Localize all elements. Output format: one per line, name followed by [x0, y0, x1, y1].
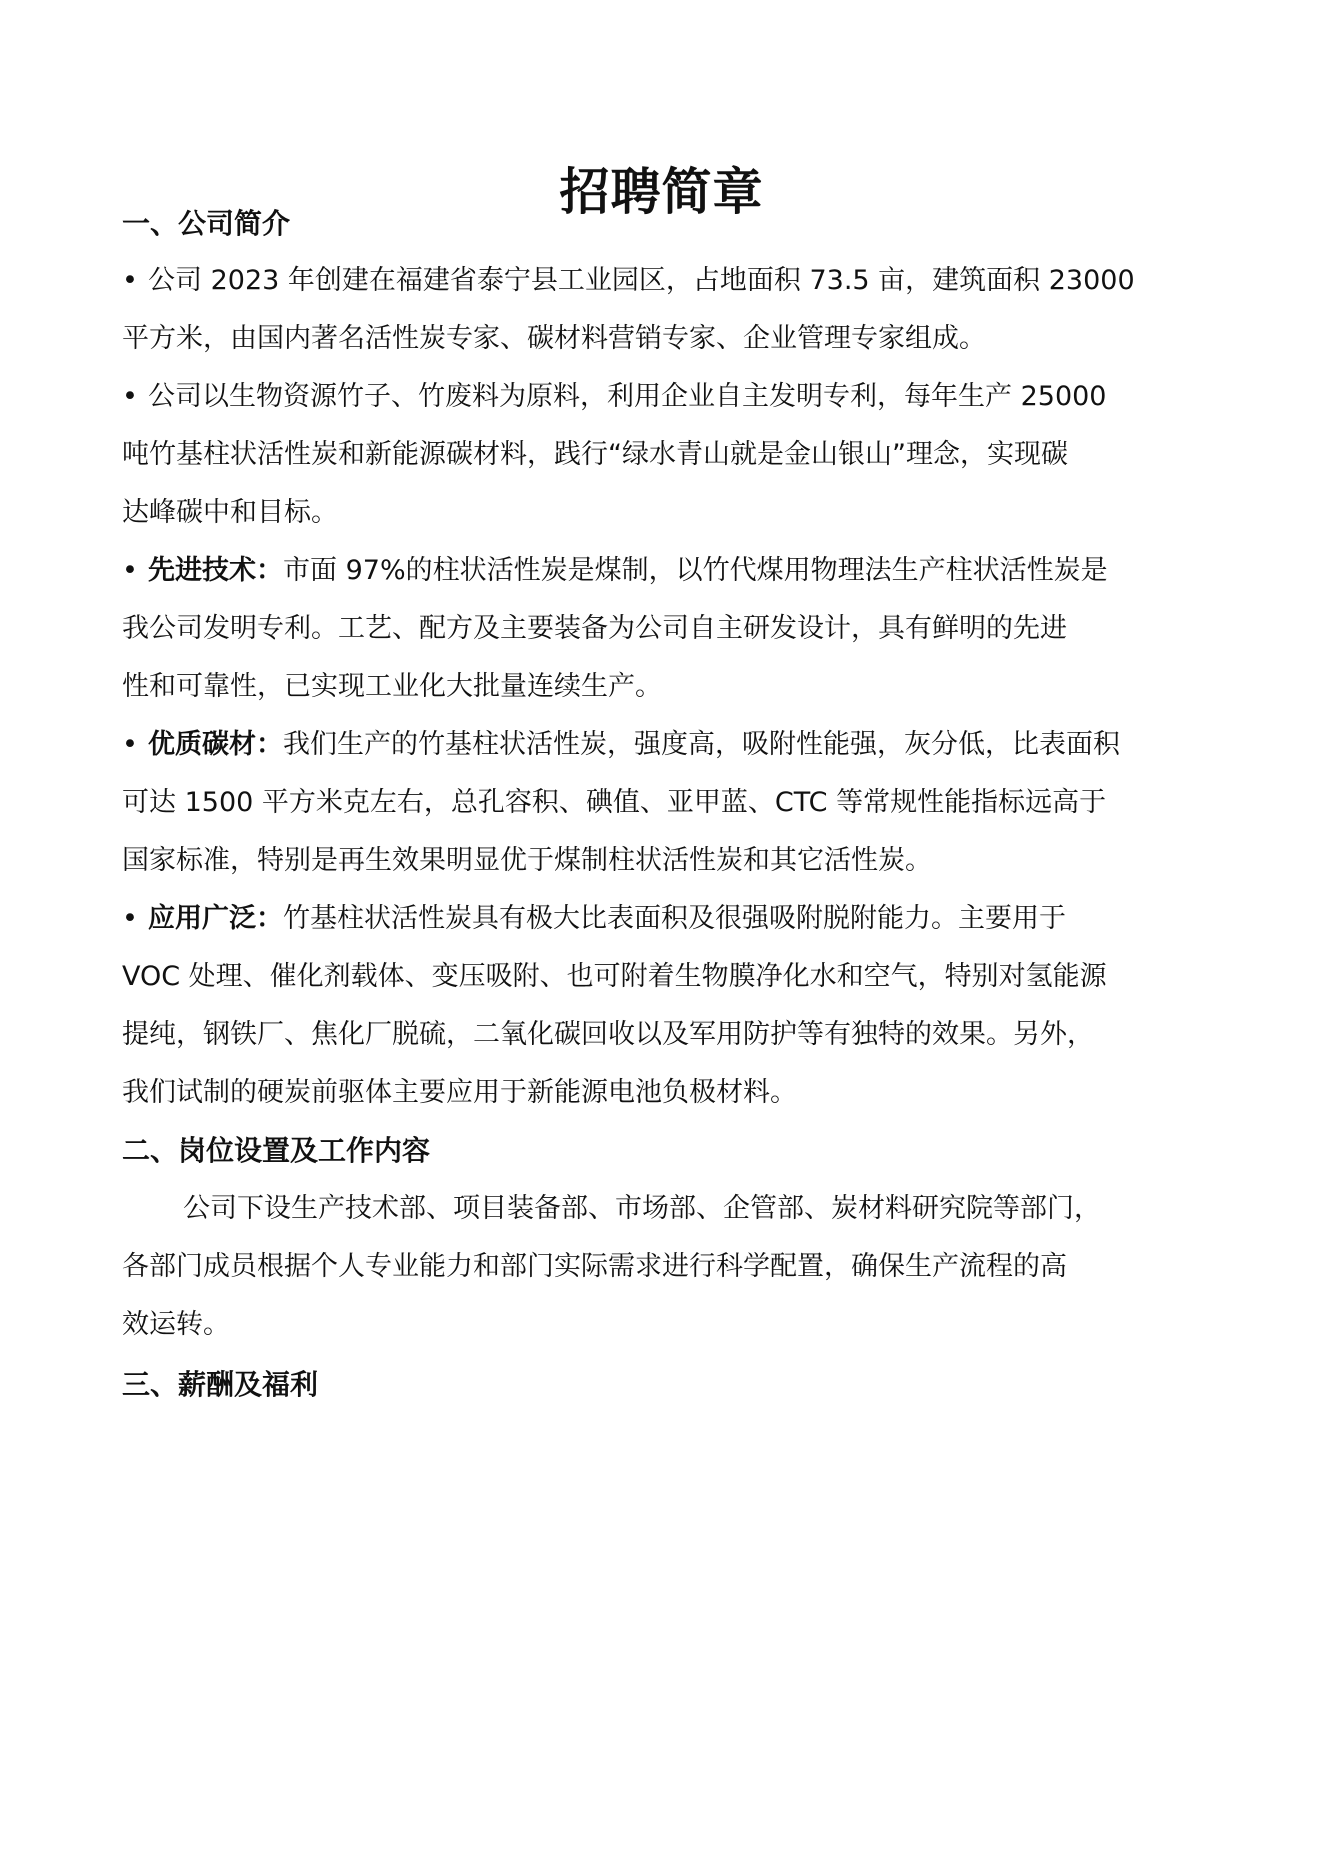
- document-page: 招聘简章 一、公司简介 •公司 2023 年创建在福建省泰宁县工业园区，占地面积…: [0, 0, 1323, 1871]
- bullet-item-wide-application: •应用广泛：竹基柱状活性炭具有极大比表面积及很强吸附脱附能力。主要用于: [122, 899, 1066, 939]
- bullet-lead: 优质碳材：: [148, 729, 283, 760]
- section-heading-positions: 二、岗位设置及工作内容: [122, 1131, 430, 1171]
- bullet-icon: •: [122, 899, 148, 939]
- bullet-text-line: VOC 处理、催化剂载体、变压吸附、也可附着生物膜净化水和空气，特别对氢能源: [122, 957, 1107, 997]
- bullet-item-production: •公司以生物资源竹子、竹废料为原料，利用企业自主发明专利，每年生产 25000: [122, 377, 1106, 417]
- section-heading-company-intro: 一、公司简介: [122, 204, 290, 244]
- paragraph-line: 效运转。: [122, 1305, 230, 1345]
- bullet-text-line: 我们生产的竹基柱状活性炭，强度高，吸附性能强，灰分低，比表面积: [283, 729, 1120, 760]
- bullet-icon: •: [122, 261, 148, 301]
- bullet-text-line: 我们试制的硬炭前驱体主要应用于新能源电池负极材料。: [122, 1073, 797, 1113]
- bullet-icon: •: [122, 551, 148, 591]
- bullet-text-line: 国家标准，特别是再生效果明显优于煤制柱状活性炭和其它活性炭。: [122, 841, 932, 881]
- paragraph-line: 公司下设生产技术部、项目装备部、市场部、企管部、炭材料研究院等部门，: [122, 1189, 1101, 1229]
- bullet-icon: •: [122, 725, 148, 765]
- bullet-item-founding: •公司 2023 年创建在福建省泰宁县工业园区，占地面积 73.5 亩，建筑面积…: [122, 261, 1135, 301]
- bullet-text-line: 可达 1500 平方米克左右，总孔容积、碘值、亚甲蓝、CTC 等常规性能指标远高…: [122, 783, 1106, 823]
- bullet-icon: •: [122, 377, 148, 417]
- bullet-text-line: 竹基柱状活性炭具有极大比表面积及很强吸附脱附能力。主要用于: [283, 903, 1066, 934]
- bullet-text-line: 平方米，由国内著名活性炭专家、碳材料营销专家、企业管理专家组成。: [122, 319, 986, 359]
- section-heading-salary-benefits: 三、薪酬及福利: [122, 1365, 318, 1405]
- bullet-item-advanced-tech: •先进技术：市面 97%的柱状活性炭是煤制，以竹代煤用物理法生产柱状活性炭是: [122, 551, 1108, 591]
- bullet-lead: 应用广泛：: [148, 903, 283, 934]
- bullet-text-line: 市面 97%的柱状活性炭是煤制，以竹代煤用物理法生产柱状活性炭是: [283, 555, 1108, 586]
- bullet-text-line: 性和可靠性，已实现工业化大批量连续生产。: [122, 667, 662, 707]
- bullet-lead: 先进技术：: [148, 555, 283, 586]
- bullet-text-line: 公司 2023 年创建在福建省泰宁县工业园区，占地面积 73.5 亩，建筑面积 …: [148, 265, 1135, 296]
- bullet-item-quality-carbon: •优质碳材：我们生产的竹基柱状活性炭，强度高，吸附性能强，灰分低，比表面积: [122, 725, 1120, 765]
- paragraph-line: 各部门成员根据个人专业能力和部门实际需求进行科学配置，确保生产流程的高: [122, 1247, 1067, 1287]
- bullet-text-line: 公司以生物资源竹子、竹废料为原料，利用企业自主发明专利，每年生产 25000: [148, 381, 1106, 412]
- bullet-text-line: 达峰碳中和目标。: [122, 493, 338, 533]
- bullet-text-line: 我公司发明专利。工艺、配方及主要装备为公司自主研发设计，具有鲜明的先进: [122, 609, 1067, 649]
- bullet-text-line: 吨竹基柱状活性炭和新能源碳材料，践行“绿水青山就是金山银山”理念，实现碳: [122, 435, 1068, 475]
- bullet-text-line: 提纯，钢铁厂、焦化厂脱硫，二氧化碳回收以及军用防护等有独特的效果。另外，: [122, 1015, 1094, 1055]
